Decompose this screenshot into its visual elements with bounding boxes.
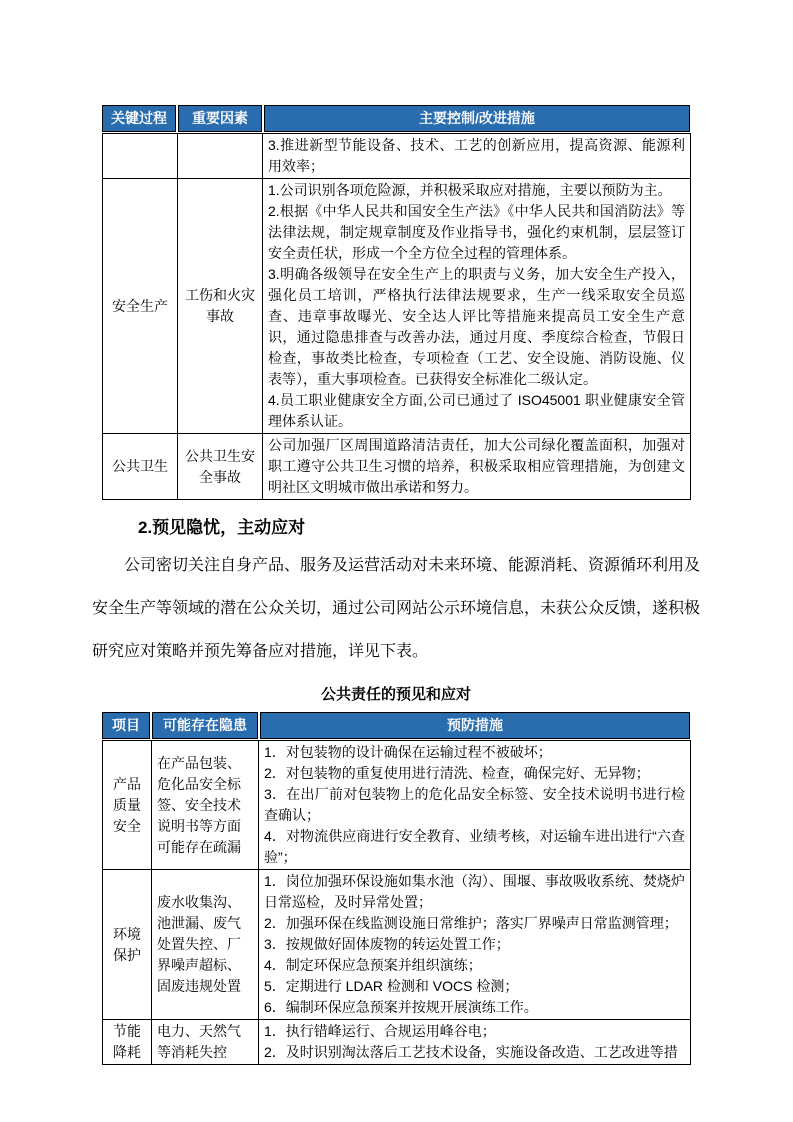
table-row: 公共卫生 公共卫生安全事故 公司加强厂区周围道路清洁责任，加大公司绿化覆盖面积，… bbox=[103, 434, 691, 500]
document-page: 关键过程 重要因素 主要控制/改进措施 3.推进新型节能设备、技术、工艺的创新应… bbox=[0, 0, 793, 1122]
measures-cell: 1．岗位加强环保设施如集水池（沟）、围堰、事故吸收系统、焚烧炉日常巡检，及时异常… bbox=[259, 870, 691, 1020]
risk-cell: 在产品包装、危化品安全标签、安全技术说明书等方面可能存在疏漏 bbox=[152, 741, 259, 870]
risk-cell: 废水收集沟、池泄漏、废气处置失控、厂界噪声超标、固废违规处置 bbox=[152, 870, 259, 1020]
process-table-header-row: 关键过程 重要因素 主要控制/改进措施 bbox=[102, 105, 690, 132]
measures-cell: 1．执行错峰运行、合规运用峰谷电；2．及时识别淘汰落后工艺技术设备，实施设备改造… bbox=[259, 1020, 691, 1065]
process-cell bbox=[103, 134, 178, 179]
measures-cell: 公司加强厂区周围道路清洁责任，加大公司绿化覆盖面积，加强对职工遵守公共卫生习惯的… bbox=[263, 434, 691, 500]
process-control-table: 关键过程 重要因素 主要控制/改进措施 3.推进新型节能设备、技术、工艺的创新应… bbox=[102, 105, 690, 500]
factor-cell: 工伤和火灾事故 bbox=[178, 179, 263, 434]
header-key-process: 关键过程 bbox=[102, 105, 176, 132]
section-heading: 2.预见隐忧，主动应对 bbox=[138, 513, 700, 538]
section-paragraph: 公司密切关注自身产品、服务及运营活动对未来环境、能源消耗、资源循环利用及安全生产… bbox=[92, 544, 700, 673]
response-table: 项目 可能存在隐患 预防措施 产品质量安全 在产品包装、危化品安全标签、安全技术… bbox=[102, 712, 690, 1065]
response-table-title: 公共责任的预见和应对 bbox=[92, 683, 700, 704]
risk-cell: 电力、天然气等消耗失控 bbox=[152, 1020, 259, 1065]
table-row: 3.推进新型节能设备、技术、工艺的创新应用，提高资源、能源利用效率； bbox=[103, 134, 691, 179]
header-possible-risk: 可能存在隐患 bbox=[152, 712, 258, 739]
header-item: 项目 bbox=[102, 712, 150, 739]
response-table-body: 产品质量安全 在产品包装、危化品安全标签、安全技术说明书等方面可能存在疏漏 1．… bbox=[102, 740, 691, 1065]
document-content: 关键过程 重要因素 主要控制/改进措施 3.推进新型节能设备、技术、工艺的创新应… bbox=[92, 105, 700, 1065]
measures-cell: 1.公司识别各项危险源，并积极采取应对措施，主要以预防为主。2.根据《中华人民共… bbox=[263, 179, 691, 434]
header-important-factor: 重要因素 bbox=[178, 105, 262, 132]
table-row: 安全生产 工伤和火灾事故 1.公司识别各项危险源，并积极采取应对措施，主要以预防… bbox=[103, 179, 691, 434]
header-prevention-measures: 预防措施 bbox=[260, 712, 690, 739]
process-cell: 安全生产 bbox=[103, 179, 178, 434]
measures-cell: 3.推进新型节能设备、技术、工艺的创新应用，提高资源、能源利用效率； bbox=[263, 134, 691, 179]
item-cell: 环境保护 bbox=[103, 870, 152, 1020]
factor-cell bbox=[178, 134, 263, 179]
factor-cell: 公共卫生安全事故 bbox=[178, 434, 263, 500]
table-row: 产品质量安全 在产品包装、危化品安全标签、安全技术说明书等方面可能存在疏漏 1．… bbox=[103, 741, 691, 870]
item-cell: 产品质量安全 bbox=[103, 741, 152, 870]
measures-cell: 1．对包装物的设计确保在运输过程不被破坏；2．对包装物的重复使用进行清洗、检查，… bbox=[259, 741, 691, 870]
header-main-measures: 主要控制/改进措施 bbox=[264, 105, 690, 132]
table-row: 环境保护 废水收集沟、池泄漏、废气处置失控、厂界噪声超标、固废违规处置 1．岗位… bbox=[103, 870, 691, 1020]
item-cell: 节能降耗 bbox=[103, 1020, 152, 1065]
table-row: 节能降耗 电力、天然气等消耗失控 1．执行错峰运行、合规运用峰谷电；2．及时识别… bbox=[103, 1020, 691, 1065]
process-table-body: 3.推进新型节能设备、技术、工艺的创新应用，提高资源、能源利用效率； 安全生产 … bbox=[102, 133, 691, 500]
process-cell: 公共卫生 bbox=[103, 434, 178, 500]
response-table-header-row: 项目 可能存在隐患 预防措施 bbox=[102, 712, 690, 739]
